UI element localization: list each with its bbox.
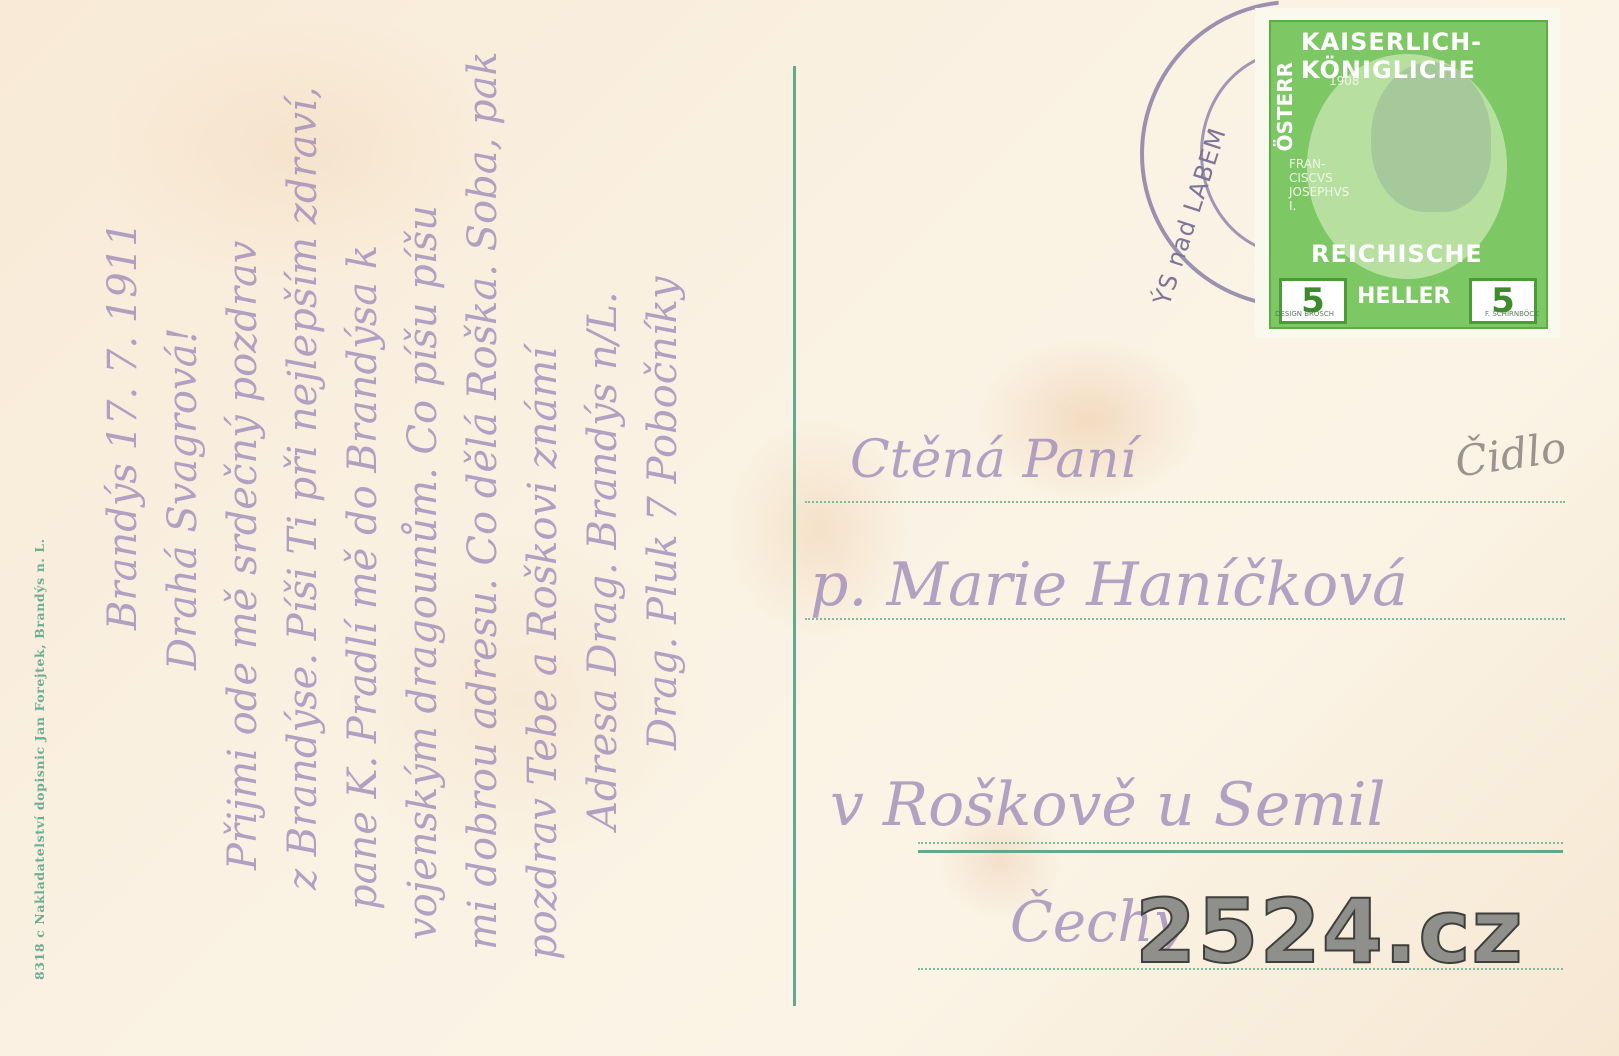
caption-line: I.	[1289, 199, 1349, 213]
message-line: Přijmi ode mě srdečný pozdrav	[220, 241, 266, 870]
message-line: pane K. Pradlí mě do Brandýsa k	[340, 245, 386, 910]
message-line: Adresa Drag. Brandýs n/L.	[580, 291, 626, 830]
stamp-engraver: F. SCHIRNBÖCK	[1485, 310, 1539, 318]
message-line: pozdrav Tebe a Roškovi známí	[520, 347, 566, 960]
handwritten-message: Brandýs 17. 7. 1911 Drahá Svagrová! Přij…	[60, 110, 760, 970]
message-line: Drahá Svagrová!	[160, 327, 206, 670]
postage-stamp: KAISERLICH-KÖNIGLICHE ÖSTERR REICHISCHE …	[1255, 8, 1560, 338]
address-salutation: Ctěná Paní	[850, 430, 1136, 490]
stamp-country-left: ÖSTERR	[1273, 62, 1297, 152]
stamp-designer: DESIGN BROSCH	[1275, 310, 1334, 318]
message-line: Brandýs 17. 7. 1911	[100, 221, 146, 630]
address-recipient: p. Marie Haníčková	[810, 550, 1408, 620]
caption-line: CISCVS	[1289, 171, 1349, 185]
caption-line: FRAN-	[1289, 157, 1349, 171]
stamp-design: KAISERLICH-KÖNIGLICHE ÖSTERR REICHISCHE …	[1269, 20, 1548, 329]
message-line: Drag. Pluk 7 Pobočníky	[640, 276, 686, 750]
stamp-country-bottom: REICHISCHE	[1311, 240, 1483, 268]
pencil-note: Čidlo	[1452, 423, 1569, 487]
stamp-year: 1908	[1329, 74, 1360, 88]
site-watermark: 2524.cz	[1135, 880, 1524, 983]
stamp-denomination: HELLER	[1357, 284, 1450, 309]
address-underline	[918, 850, 1563, 853]
message-line: mi dobrou adresu. Co dělá Roška. Soba, p…	[460, 51, 506, 950]
postcard-back: 8318 c Nakladatelství dopisnic Jan Forej…	[0, 0, 1619, 1056]
address-line	[918, 842, 1563, 844]
publisher-imprint: 8318 c Nakladatelství dopisnic Jan Forej…	[32, 538, 47, 980]
message-line: vojenským dragounům. Co píšu píšu	[400, 205, 446, 940]
center-divider-line	[793, 66, 796, 1006]
message-line: z Brandýse. Píši Ti při nejlepším zdraví…	[280, 86, 326, 890]
caption-line: JOSEPHVS	[1289, 185, 1349, 199]
address-line	[805, 501, 1565, 503]
address-town: v Roškově u Semil	[830, 770, 1386, 840]
stamp-portrait-icon	[1371, 62, 1491, 212]
stamp-portrait-caption: FRAN- CISCVS JOSEPHVS I.	[1289, 157, 1349, 213]
